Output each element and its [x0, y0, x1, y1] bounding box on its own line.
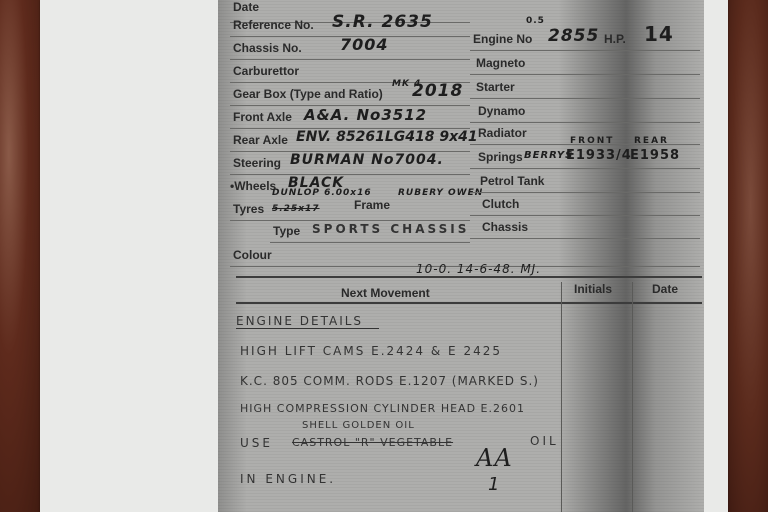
engine-detail-line: K.C. 805 COMM. RODS E.1207 (MARKED S.): [240, 374, 539, 388]
oil-insert: SHELL GOLDEN OIL: [302, 420, 415, 431]
field-label: Petrol Tank: [480, 174, 544, 188]
field-value: BURMAN No7004.: [290, 152, 444, 168]
field-magneto: Magneto: [470, 52, 700, 75]
header-next-movement: Next Movement: [341, 286, 430, 300]
field-label: Chassis: [482, 220, 528, 234]
field-value: 7004: [340, 35, 389, 54]
field-rear-axle: Rear Axle ENV. 85261LG418 9x41: [230, 129, 470, 152]
field-reference-no: Reference No. S.R. 2635: [230, 14, 470, 37]
field-label: Engine No: [473, 32, 532, 46]
field-label: Tyres: [233, 202, 264, 216]
oil-struck: CASTROL "R" VEGETABLE: [292, 436, 453, 449]
table-top-rule: [236, 276, 702, 278]
hp-label: H.P.: [604, 32, 626, 46]
field-value: A&A. No3512: [304, 106, 427, 124]
field-value: SPORTS CHASSIS: [312, 222, 469, 236]
field-label: Magneto: [476, 56, 525, 70]
oil-suffix: OIL: [530, 434, 559, 448]
field-label: Gear Box (Type and Ratio): [233, 87, 383, 101]
leather-surface-right: [724, 0, 768, 512]
springs-rear-value: E1958: [630, 148, 680, 163]
field-label: Reference No.: [233, 18, 314, 32]
field-gear-box: Gear Box (Type and Ratio) MK 4 2018: [230, 83, 470, 106]
field-label: Rear Axle: [233, 133, 288, 147]
tyres-value-struck: 5.25x17: [272, 204, 320, 214]
leather-surface-left: [0, 0, 44, 512]
tyres-value: DUNLOP 6.00x16: [272, 188, 372, 198]
header-initials: Initials: [574, 282, 612, 296]
field-value: ENV. 85261LG418 9x41: [296, 129, 478, 145]
field-chassis-no: Chassis No. 7004: [230, 37, 470, 60]
field-clutch: Clutch: [470, 193, 700, 216]
field-carburettor: Carburettor: [230, 60, 470, 83]
springs-front-value: E1933/4: [566, 148, 632, 163]
field-label: Colour: [233, 248, 272, 262]
field-label: Carburettor: [233, 64, 299, 78]
field-petrol-tank: Petrol Tank: [470, 170, 700, 193]
hp-value: 14: [644, 22, 674, 46]
field-value: S.R. 2635: [332, 12, 433, 32]
header-date: Date: [652, 282, 678, 296]
field-front-axle: Front Axle A&A. No3512: [230, 106, 470, 129]
oil-line-2: IN ENGINE.: [240, 472, 336, 486]
field-label: Frame: [354, 198, 390, 212]
signature-mark: 1: [488, 474, 500, 495]
field-tyres-frame: Tyres DUNLOP 6.00x16 5.25x17 Frame RUBER…: [230, 198, 470, 221]
field-value: 2018: [412, 81, 463, 101]
springs-front-label: FRONT: [570, 136, 614, 146]
field-label: •Wheels: [230, 179, 276, 193]
initials-column-divider: [561, 282, 562, 512]
field-springs: Springs BERRYS FRONT E1933/4 REAR E1958: [470, 146, 700, 169]
field-label: Front Axle: [233, 110, 292, 124]
field-label: Steering: [233, 156, 281, 170]
field-label: Date: [233, 0, 259, 14]
field-type: Type SPORTS CHASSIS: [270, 220, 470, 243]
field-dynamo: Dynamo: [470, 100, 700, 123]
field-starter: Starter: [470, 76, 700, 99]
field-annotation: 0.5: [526, 16, 545, 26]
date-column-divider: [632, 282, 633, 512]
field-label: Radiator: [478, 126, 527, 140]
field-value: 2855: [548, 26, 599, 46]
springs-rear-label: REAR: [634, 136, 669, 146]
field-label: Chassis No.: [233, 41, 302, 55]
signature: AA: [476, 444, 513, 472]
field-label-text: Wheels: [234, 179, 276, 193]
field-label: Springs: [478, 150, 523, 164]
field-engine-no: Engine No 0.5 2855 H.P. 14: [470, 28, 700, 51]
engine-detail-line: HIGH LIFT CAMS E.2424 & E 2425: [240, 344, 502, 358]
field-chassis: Chassis: [470, 216, 700, 239]
field-label: Type: [273, 224, 300, 238]
field-label: Clutch: [482, 197, 519, 211]
field-steering: Steering BURMAN No7004.: [230, 152, 470, 175]
engine-details-heading: ENGINE DETAILS: [236, 314, 379, 329]
field-label: Dynamo: [478, 104, 525, 118]
dispatch-note: 10-0. 14-6-48. MJ.: [416, 262, 541, 276]
engine-detail-line: HIGH COMPRESSION CYLINDER HEAD E.2601: [240, 402, 525, 415]
oil-prefix: USE: [240, 436, 273, 450]
field-label: Starter: [476, 80, 515, 94]
